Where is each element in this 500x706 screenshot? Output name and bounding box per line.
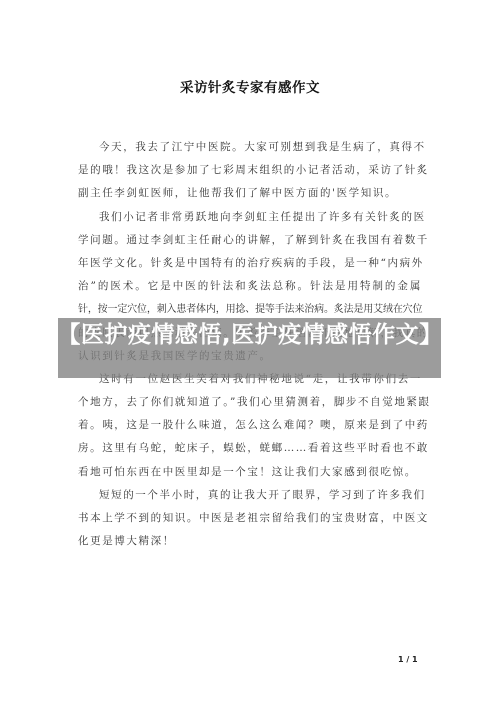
text-line: 个地方，去了你们就知道了。”我们心里猜测着，脚步不自觉地紧跟 <box>78 391 422 414</box>
text-line: 学问题。通过李剑虹主任耐心的讲解，了解到针炙在我国有着数千 <box>78 229 422 252</box>
text-line: 我们小记者非常勇跃地向李剑虹主任提出了许多有关针炙的医 <box>78 206 422 229</box>
text-line: 今天，我去了江宁中医院。大家可别想到我是生病了，真得不 <box>78 136 422 159</box>
text-line: 短短的一个半小时，真的让我大开了眼界，学习到了许多我们 <box>78 484 422 507</box>
text-line: 是的哦！我这次是参加了七彩周末组织的小记者活动，采访了针炙 <box>78 159 422 182</box>
text-line: 副主任李剑虹医师，让他帮我们了解中医方面的'医学知识。 <box>78 182 422 205</box>
text-line: 治”的医术。它是中医的针法和炙法总称。针法是用特制的金属 <box>78 275 422 298</box>
banner-title: 【医护疫情感悟,医护疫情感悟作文】 <box>0 322 500 348</box>
text-line: 年医学文化。针炙是中国特有的治疗疾病的手段，是一种“内病外 <box>78 252 422 275</box>
text-line: 看地可怕东西在中医里却是一个宝！这让我们大家感到很吃惊。 <box>78 461 422 484</box>
page-indicator: 1 / 1 <box>398 655 418 664</box>
document-title: 采访针炙专家有感作文 <box>0 76 500 96</box>
text-line: 房。这里有乌蛇，蛇床子，蜈蚣，蜣螂……看着这些平时看也不敢 <box>78 437 422 460</box>
text-line: 着。咦，这是一股什么味道，怎么这么难闻？噢，原来是到了中药 <box>78 414 422 437</box>
text-line: 书本上学不到的知识。中医是老祖宗留给我们的宝贵财富，中医文 <box>78 507 422 530</box>
text-line: 化更是博大精深！ <box>78 530 422 553</box>
